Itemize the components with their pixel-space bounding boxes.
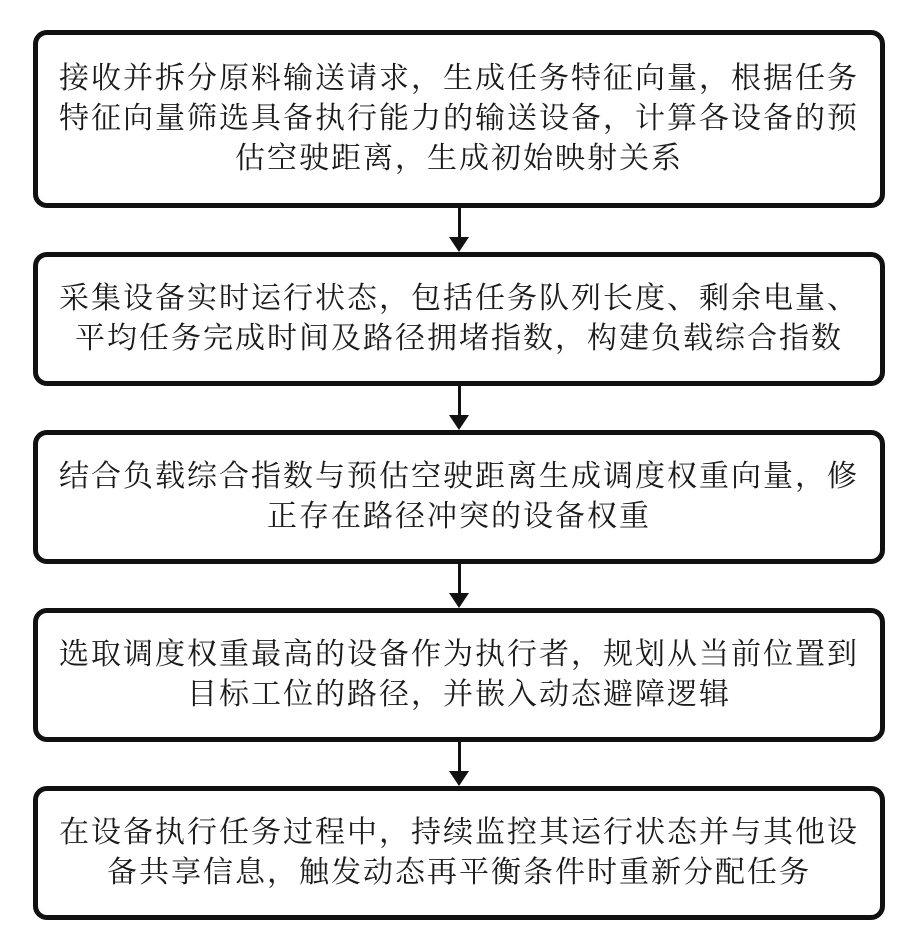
flow-step-5: 在设备执行任务过程中，持续监控其运行状态并与其他设 备共享信息，触发动态再平衡条…: [33, 786, 885, 920]
arrow-stem: [458, 208, 461, 237]
arrowhead-icon: [449, 237, 469, 252]
flow-step-3-line-2: 正存在路径冲突的设备权重: [267, 497, 651, 537]
arrow-stem: [458, 742, 461, 771]
down-arrow-4: [449, 742, 469, 786]
flow-step-1-line-3: 估空驶距离，生成初始映射关系: [235, 139, 683, 179]
flow-step-2: 采集设备实时运行状态，包括任务队列长度、剩余电量、 平均任务完成时间及路径拥堵指…: [33, 252, 885, 386]
arrow-stem: [458, 564, 461, 593]
down-arrow-3: [449, 564, 469, 608]
arrowhead-icon: [449, 415, 469, 430]
flowchart: 接收并拆分原料输送请求，生成任务特征向量，根据任务 特征向量筛选具备执行能力的输…: [33, 30, 885, 920]
flowchart-page: 接收并拆分原料输送请求，生成任务特征向量，根据任务 特征向量筛选具备执行能力的输…: [0, 0, 918, 949]
arrow-stem: [458, 386, 461, 415]
flow-step-2-line-2: 平均任务完成时间及路径拥堵指数，构建负载综合指数: [75, 319, 843, 359]
flow-step-4-line-2: 目标工位的路径，并嵌入动态避障逻辑: [187, 675, 731, 715]
arrowhead-icon: [449, 593, 469, 608]
flow-step-3-line-1: 结合负载综合指数与预估空驶距离生成调度权重向量，修: [59, 457, 859, 497]
arrowhead-icon: [449, 771, 469, 786]
flow-step-1: 接收并拆分原料输送请求，生成任务特征向量，根据任务 特征向量筛选具备执行能力的输…: [33, 30, 885, 208]
flow-step-5-line-2: 备共享信息，触发动态再平衡条件时重新分配任务: [107, 853, 811, 893]
flow-step-5-line-1: 在设备执行任务过程中，持续监控其运行状态并与其他设: [59, 813, 859, 853]
flow-step-1-line-1: 接收并拆分原料输送请求，生成任务特征向量，根据任务: [59, 59, 859, 99]
flow-step-3: 结合负载综合指数与预估空驶距离生成调度权重向量，修 正存在路径冲突的设备权重: [33, 430, 885, 564]
flow-step-4-line-1: 选取调度权重最高的设备作为执行者，规划从当前位置到: [59, 635, 859, 675]
down-arrow-1: [449, 208, 469, 252]
flow-step-4: 选取调度权重最高的设备作为执行者，规划从当前位置到 目标工位的路径，并嵌入动态避…: [33, 608, 885, 742]
down-arrow-2: [449, 386, 469, 430]
flow-step-2-line-1: 采集设备实时运行状态，包括任务队列长度、剩余电量、: [59, 279, 859, 319]
flow-step-1-line-2: 特征向量筛选具备执行能力的输送设备，计算各设备的预: [59, 99, 859, 139]
